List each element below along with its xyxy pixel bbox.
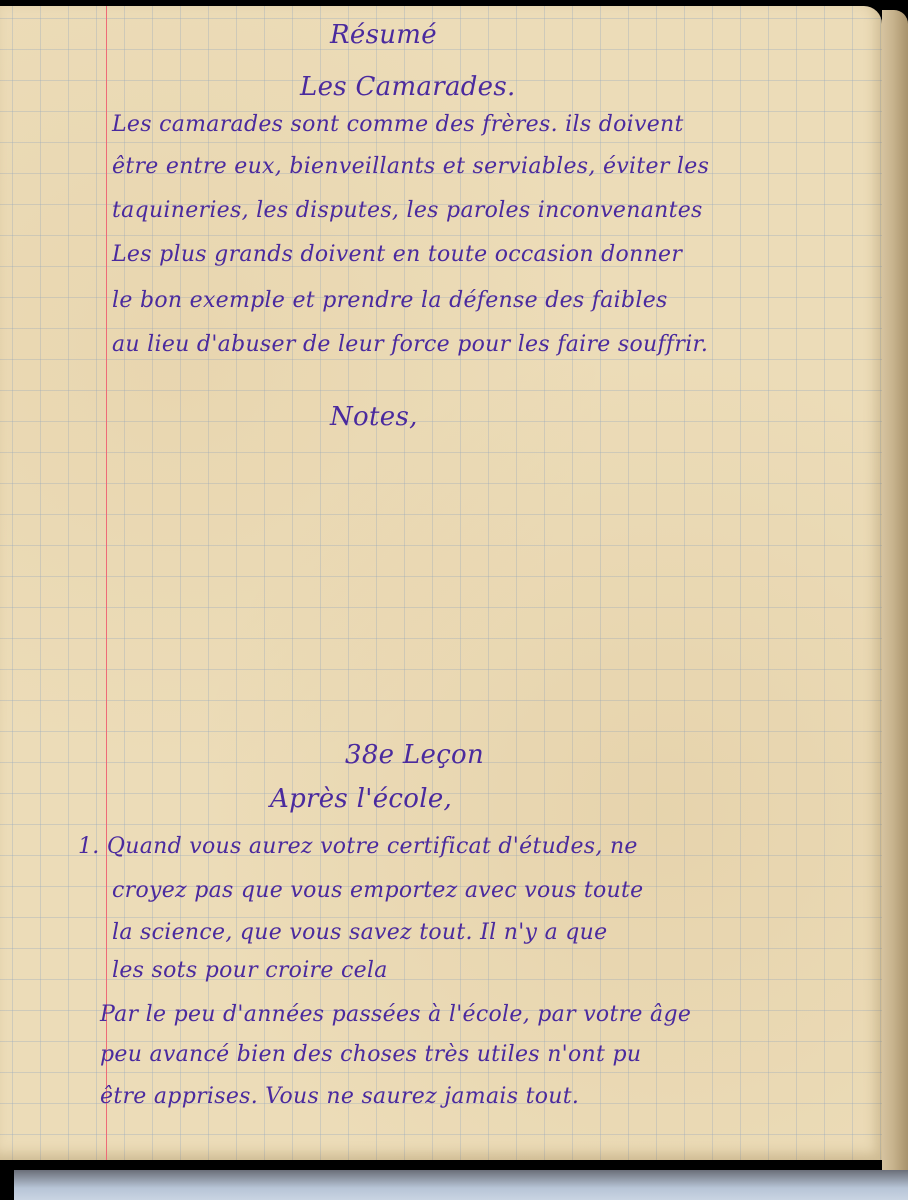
lesson-number: 38e Leçon [345,740,484,770]
resume-heading: Résumé [330,20,437,50]
resume-line: le bon exemple et prendre la défense des… [112,288,668,313]
resume-line: taquineries, les disputes, les paroles i… [112,198,703,223]
lesson-line: Par le peu d'années passées à l'école, p… [100,1002,691,1027]
lesson-line: croyez pas que vous emportez avec vous t… [112,878,643,903]
lesson-title: Après l'école, [270,784,452,814]
lesson-line: peu avancé bien des choses très utiles n… [100,1042,641,1067]
lesson-line: être apprises. Vous ne saurez jamais tou… [100,1084,579,1109]
resume-line: Les plus grands doivent en toute occasio… [112,242,682,267]
notebook-page: Résumé Les Camarades. Les camarades sont… [0,6,882,1160]
resume-line: Les camarades sont comme des frères. ils… [112,112,684,137]
resume-line: au lieu d'abuser de leur force pour les … [112,332,708,357]
resume-title: Les Camarades. [300,72,516,102]
lesson-line: 1. Quand vous aurez votre certificat d'é… [78,834,638,859]
scanner-background [14,1170,908,1200]
notes-heading: Notes, [330,402,418,432]
lesson-line: les sots pour croire cela [112,958,388,983]
resume-line: être entre eux, bienveillants et serviab… [112,154,709,179]
red-margin-line [106,6,107,1160]
notebook-page-edges [882,10,908,1170]
lesson-line: la science, que vous savez tout. Il n'y … [112,920,607,945]
